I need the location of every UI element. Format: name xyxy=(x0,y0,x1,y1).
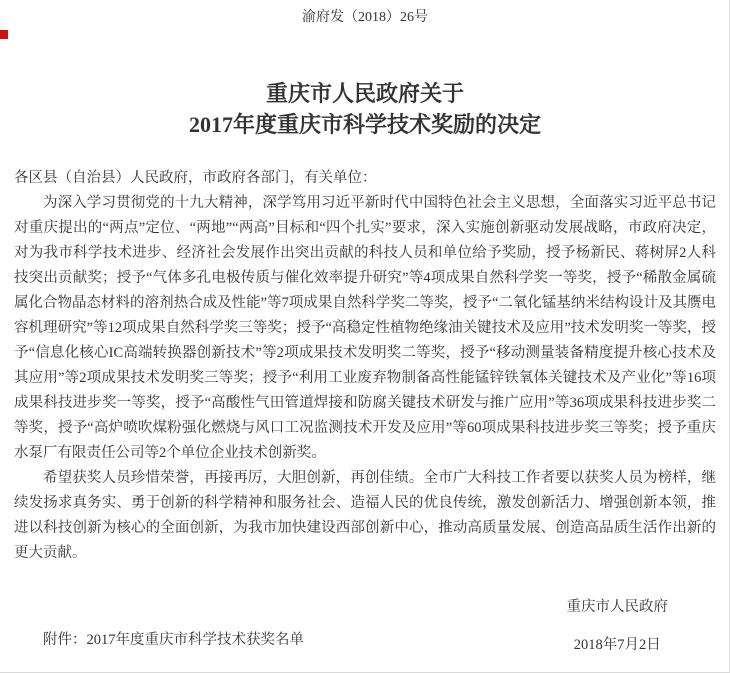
document-page: { "document": { "doc_number": "渝府发（2018）… xyxy=(0,0,730,673)
signature-block: 重庆市人民政府 2018年7月2日 xyxy=(567,597,669,655)
doc-title-line-2: 2017年度重庆市科学技术奖励的决定 xyxy=(14,109,716,140)
red-corner-mark xyxy=(0,30,8,39)
signature-issuer: 重庆市人民政府 xyxy=(567,597,669,617)
doc-title: 重庆市人民政府关于 2017年度重庆市科学技术奖励的决定 xyxy=(14,78,716,140)
salutation: 各区县（自治县）人民政府，市政府各部门，有关单位： xyxy=(14,166,716,191)
doc-number: 渝府发（2018）26号 xyxy=(14,8,716,28)
document-body: 渝府发（2018）26号 重庆市人民政府关于 2017年度重庆市科学技术奖励的决… xyxy=(0,0,730,673)
paragraph-encouragement: 希望获奖人员珍惜荣誉，再接再厉，大胆创新，再创佳绩。全市广大科技工作者要以获奖人… xyxy=(14,466,716,566)
signature-date: 2018年7月2日 xyxy=(567,635,669,655)
paragraph-awards-decision: 为深入学习贯彻党的十九大精神，深学笃用习近平新时代中国特色社会主义思想，全面落实… xyxy=(14,191,716,466)
doc-title-line-1: 重庆市人民政府关于 xyxy=(14,78,716,109)
